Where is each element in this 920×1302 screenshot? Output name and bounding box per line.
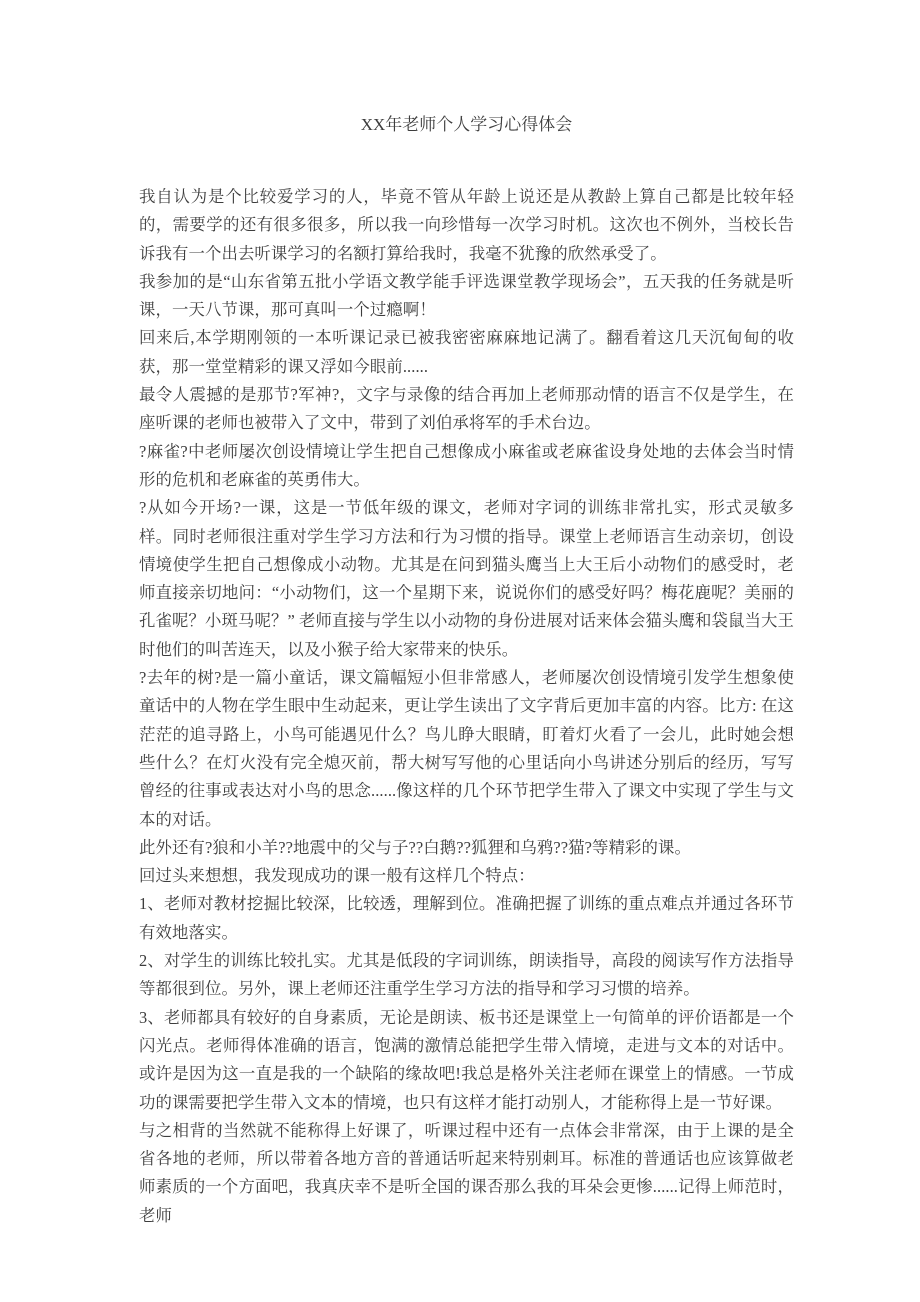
document-body: 我自认为是个比较爱学习的人，毕竟不管从年龄上说还是从教龄上算自己都是比较年轻的，… — [139, 183, 794, 1230]
document-title: XX年老师个人学习心得体会 — [139, 113, 794, 137]
paragraph: 回过头来想想，我发现成功的课一般有这样几个特点： — [139, 862, 794, 890]
paragraph: 我自认为是个比较爱学习的人，毕竟不管从年龄上说还是从教龄上算自己都是比较年轻的，… — [139, 183, 794, 268]
paragraph: ?去年的树?是一篇小童话，课文篇幅短小但非常感人，老师屡次创设情境引发学生想象使… — [139, 664, 794, 834]
paragraph: 1、老师对教材挖掘比较深，比较透，理解到位。准确把握了训练的重点难点并通过各环节… — [139, 890, 794, 947]
paragraph: 我参加的是“山东省第五批小学语文教学能手评选课堂教学现场会”，五天我的任务就是听… — [139, 268, 794, 325]
paragraph: 与之相背的当然就不能称得上好课了，听课过程中还有一点体会非常深，由于上课的是全省… — [139, 1117, 794, 1230]
paragraph: 此外还有?狼和小羊??地震中的父与子??白鹅??狐狸和乌鸦??猫?等精彩的课。 — [139, 834, 794, 862]
paragraph: 3、老师都具有较好的自身素质，无论是朗读、板书还是课堂上一句简单的评价语都是一个… — [139, 1004, 794, 1117]
paragraph: ?麻雀?中老师屡次创设情境让学生把自己想像成小麻雀或老麻雀设身处地的去体会当时情… — [139, 438, 794, 495]
document-page: XX年老师个人学习心得体会 我自认为是个比较爱学习的人，毕竟不管从年龄上说还是从… — [0, 0, 920, 1302]
paragraph: 最令人震撼的是那节?军神?，文字与录像的结合再加上老师那动情的语言不仅是学生，在… — [139, 381, 794, 438]
paragraph: ?从如今开场?一课，这是一节低年级的课文，老师对字词的训练非常扎实，形式灵敏多样… — [139, 494, 794, 664]
paragraph: 回来后,本学期刚领的一本听课记录已被我密密麻麻地记满了。翻看着这几天沉甸甸的收获… — [139, 324, 794, 381]
paragraph: 2、对学生的训练比较扎实。尤其是低段的字词训练，朗读指导，高段的阅读写作方法指导… — [139, 947, 794, 1004]
